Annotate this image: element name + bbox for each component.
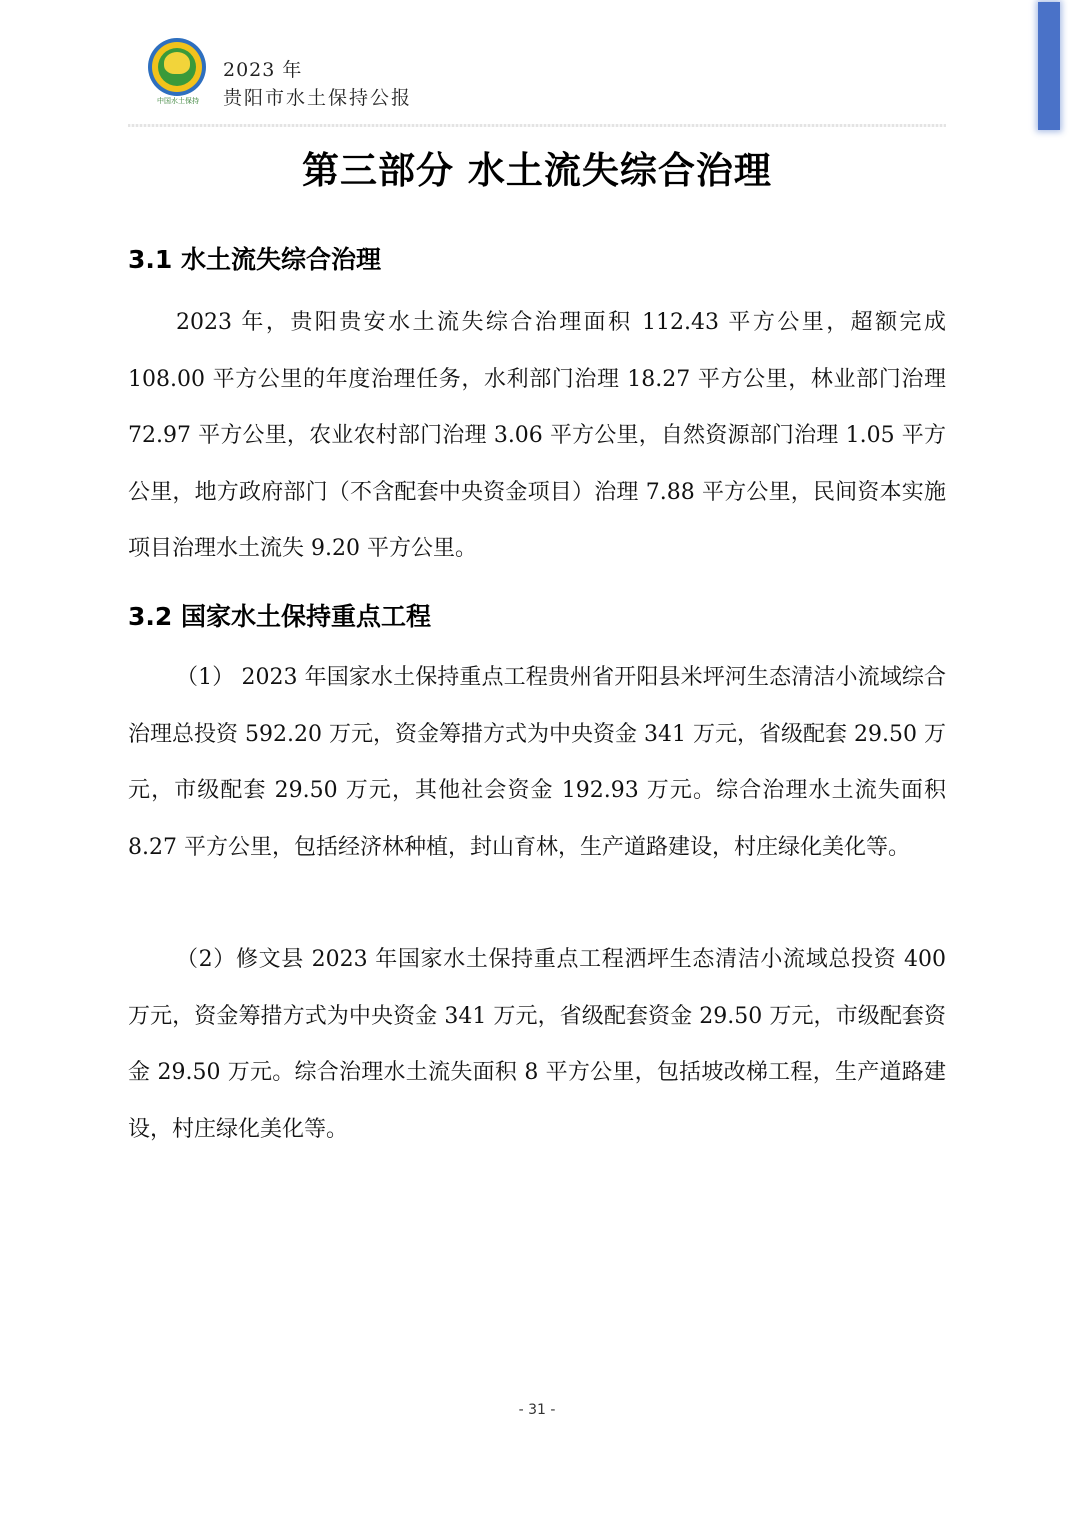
paragraph-3-2-item-2: （2）修文县 2023 年国家水土保持重点工程洒坪生态清洁小流域总投资 400 … bbox=[128, 932, 946, 1158]
header-year: 2023 年 bbox=[223, 55, 302, 82]
header-divider bbox=[128, 124, 946, 127]
logo-caption: 中国水土保持 bbox=[150, 96, 206, 106]
paragraph-3-2-item-1: （1） 2023 年国家水土保持重点工程贵州省开阳县米坪河生态清洁小流域综合治理… bbox=[128, 650, 946, 876]
header-title: 贵阳市水土保持公报 bbox=[223, 83, 412, 110]
page-number: - 31 - bbox=[0, 1402, 1074, 1418]
section-heading-3-2: 3.2 国家水土保持重点工程 bbox=[128, 597, 431, 633]
paragraph-3-1: 2023 年，贵阳贵安水土流失综合治理面积 112.43 平方公里，超额完成 1… bbox=[128, 295, 946, 578]
side-tab-marker bbox=[1038, 2, 1060, 130]
part-title: 第三部分 水土流失综合治理 bbox=[0, 140, 1074, 194]
section-heading-3-1: 3.1 水土流失综合治理 bbox=[128, 240, 381, 276]
soil-conservation-logo-icon bbox=[148, 38, 206, 96]
